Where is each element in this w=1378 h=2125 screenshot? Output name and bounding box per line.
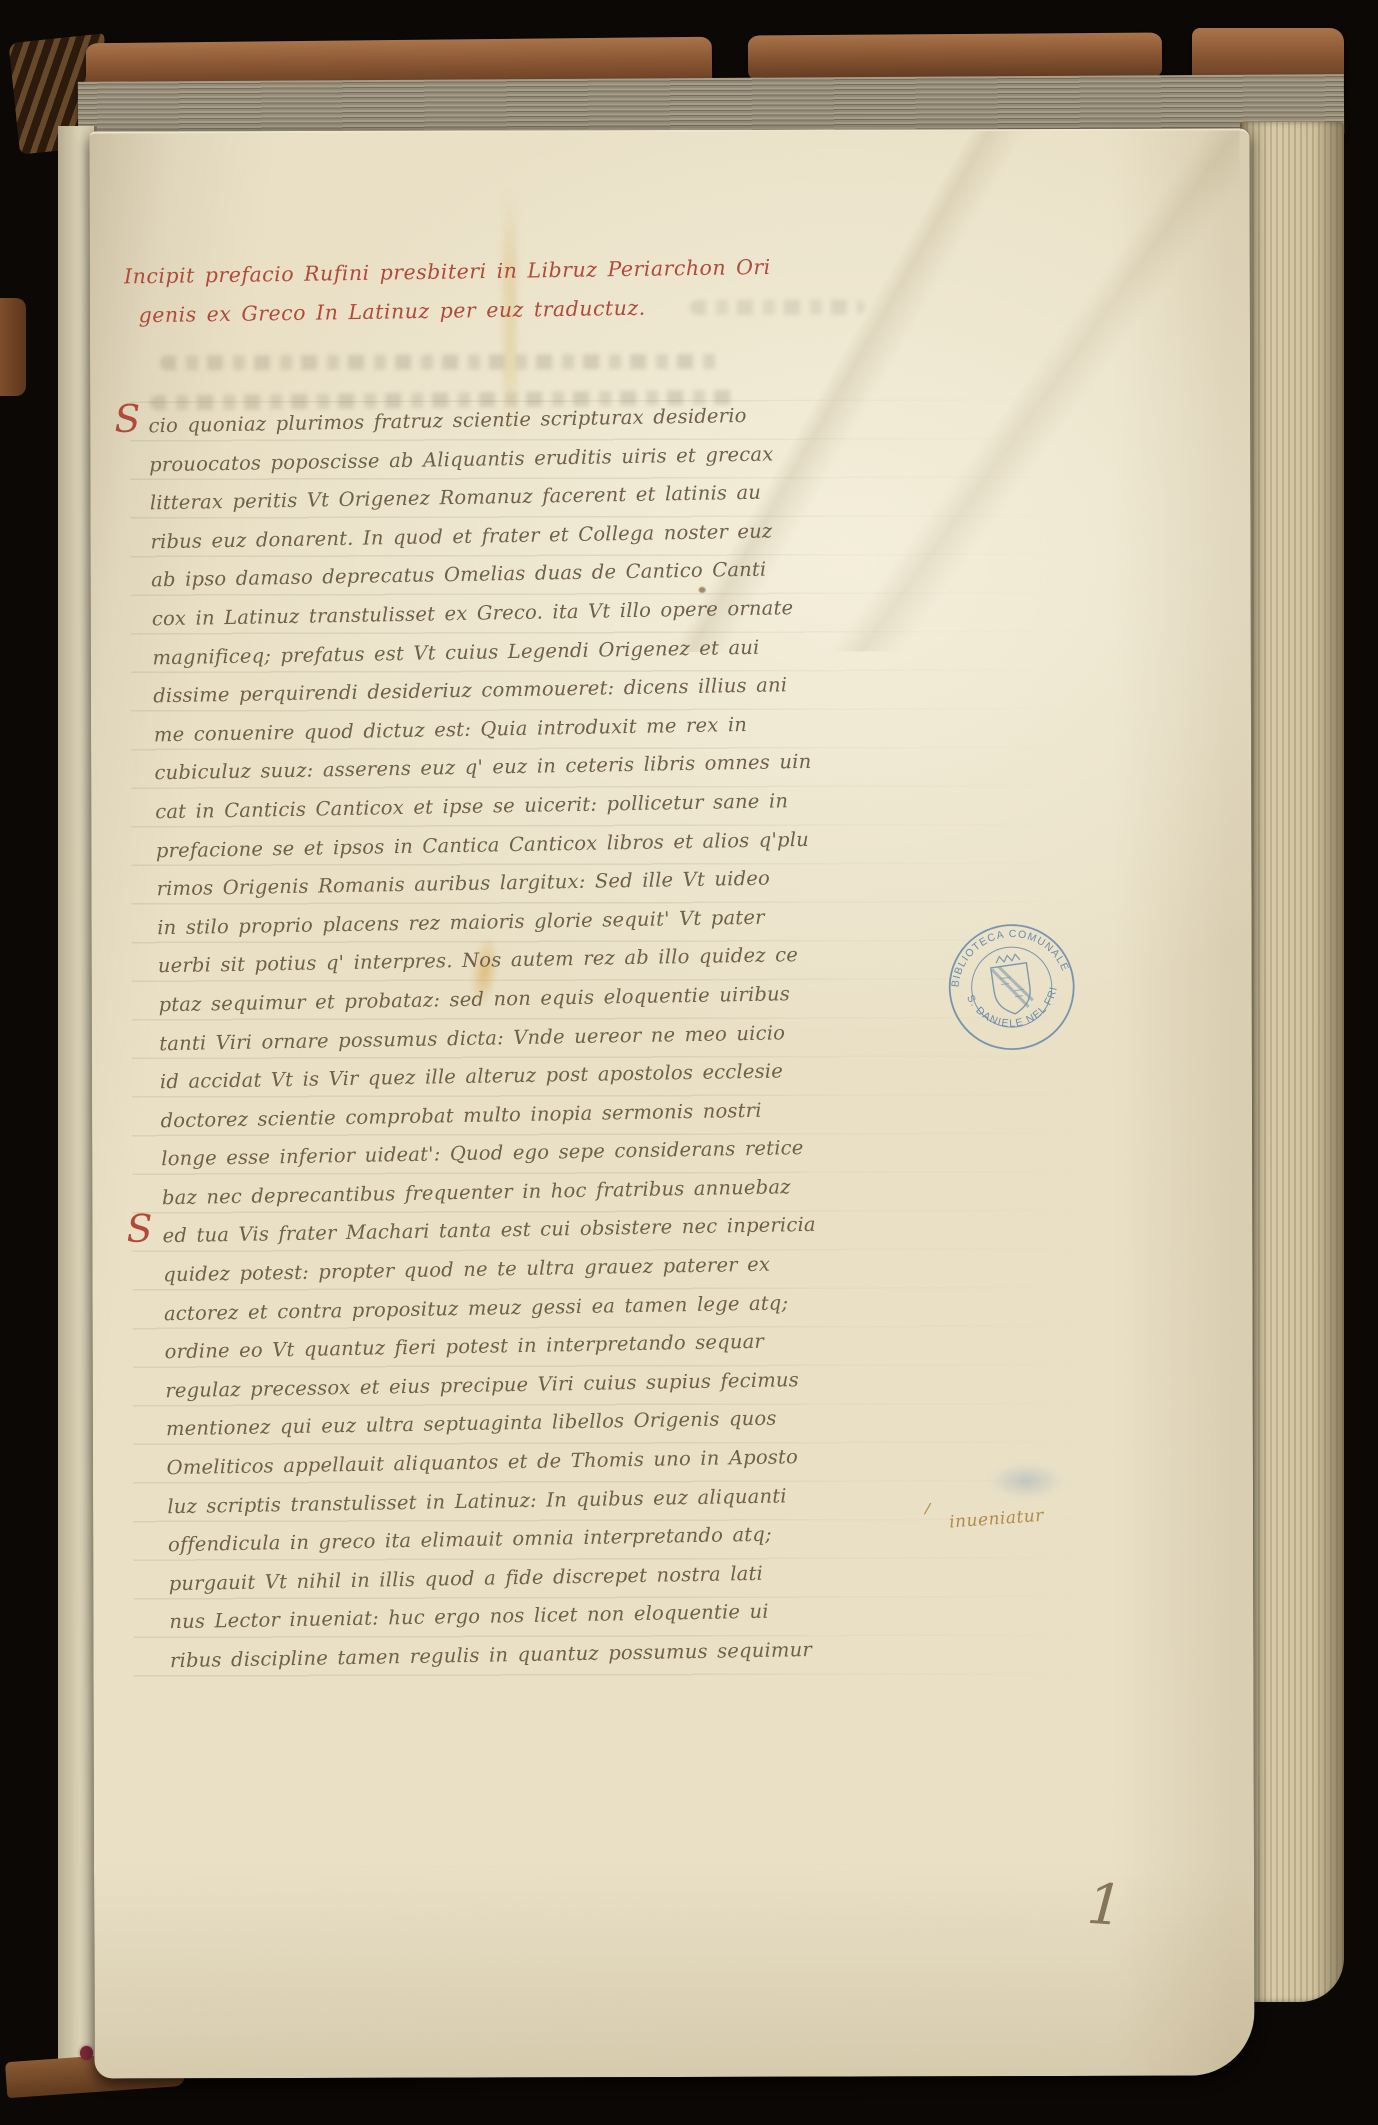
leather-tab-left [0, 298, 26, 396]
red-wax-dot [80, 2046, 93, 2060]
folio-number: 1 [1085, 1872, 1125, 1939]
manuscript-photo: Incipit prefacio Rufini presbiteri in Li… [0, 0, 1378, 2125]
red-initial-1: S [114, 400, 141, 438]
heraldic-crest-icon [989, 953, 1034, 1017]
bleedthrough-smudge [160, 354, 720, 370]
leather-headcap-middle [748, 33, 1162, 82]
text-block: S S cio quoniaz plurimos fratruz scienti… [148, 396, 827, 1681]
library-stamp: BIBLIOTECA COMUNALE DI S. DANIELE NEL FR… [932, 908, 1090, 1066]
manuscript-page: Incipit prefacio Rufini presbiteri in Li… [89, 128, 1254, 2078]
paragraph-2: ed tua Vis frater Machari tanta est cui … [162, 1206, 827, 1681]
incipit-rubric: Incipit prefacio Rufini presbiteri in Li… [124, 248, 772, 336]
fore-edge-stack-right [1240, 122, 1344, 2002]
stamp-offset-smudge [989, 1463, 1063, 1499]
red-initial-2: S [126, 1209, 153, 1247]
paragraph-1: cio quoniaz plurimos fratruz scientie sc… [148, 396, 819, 1218]
